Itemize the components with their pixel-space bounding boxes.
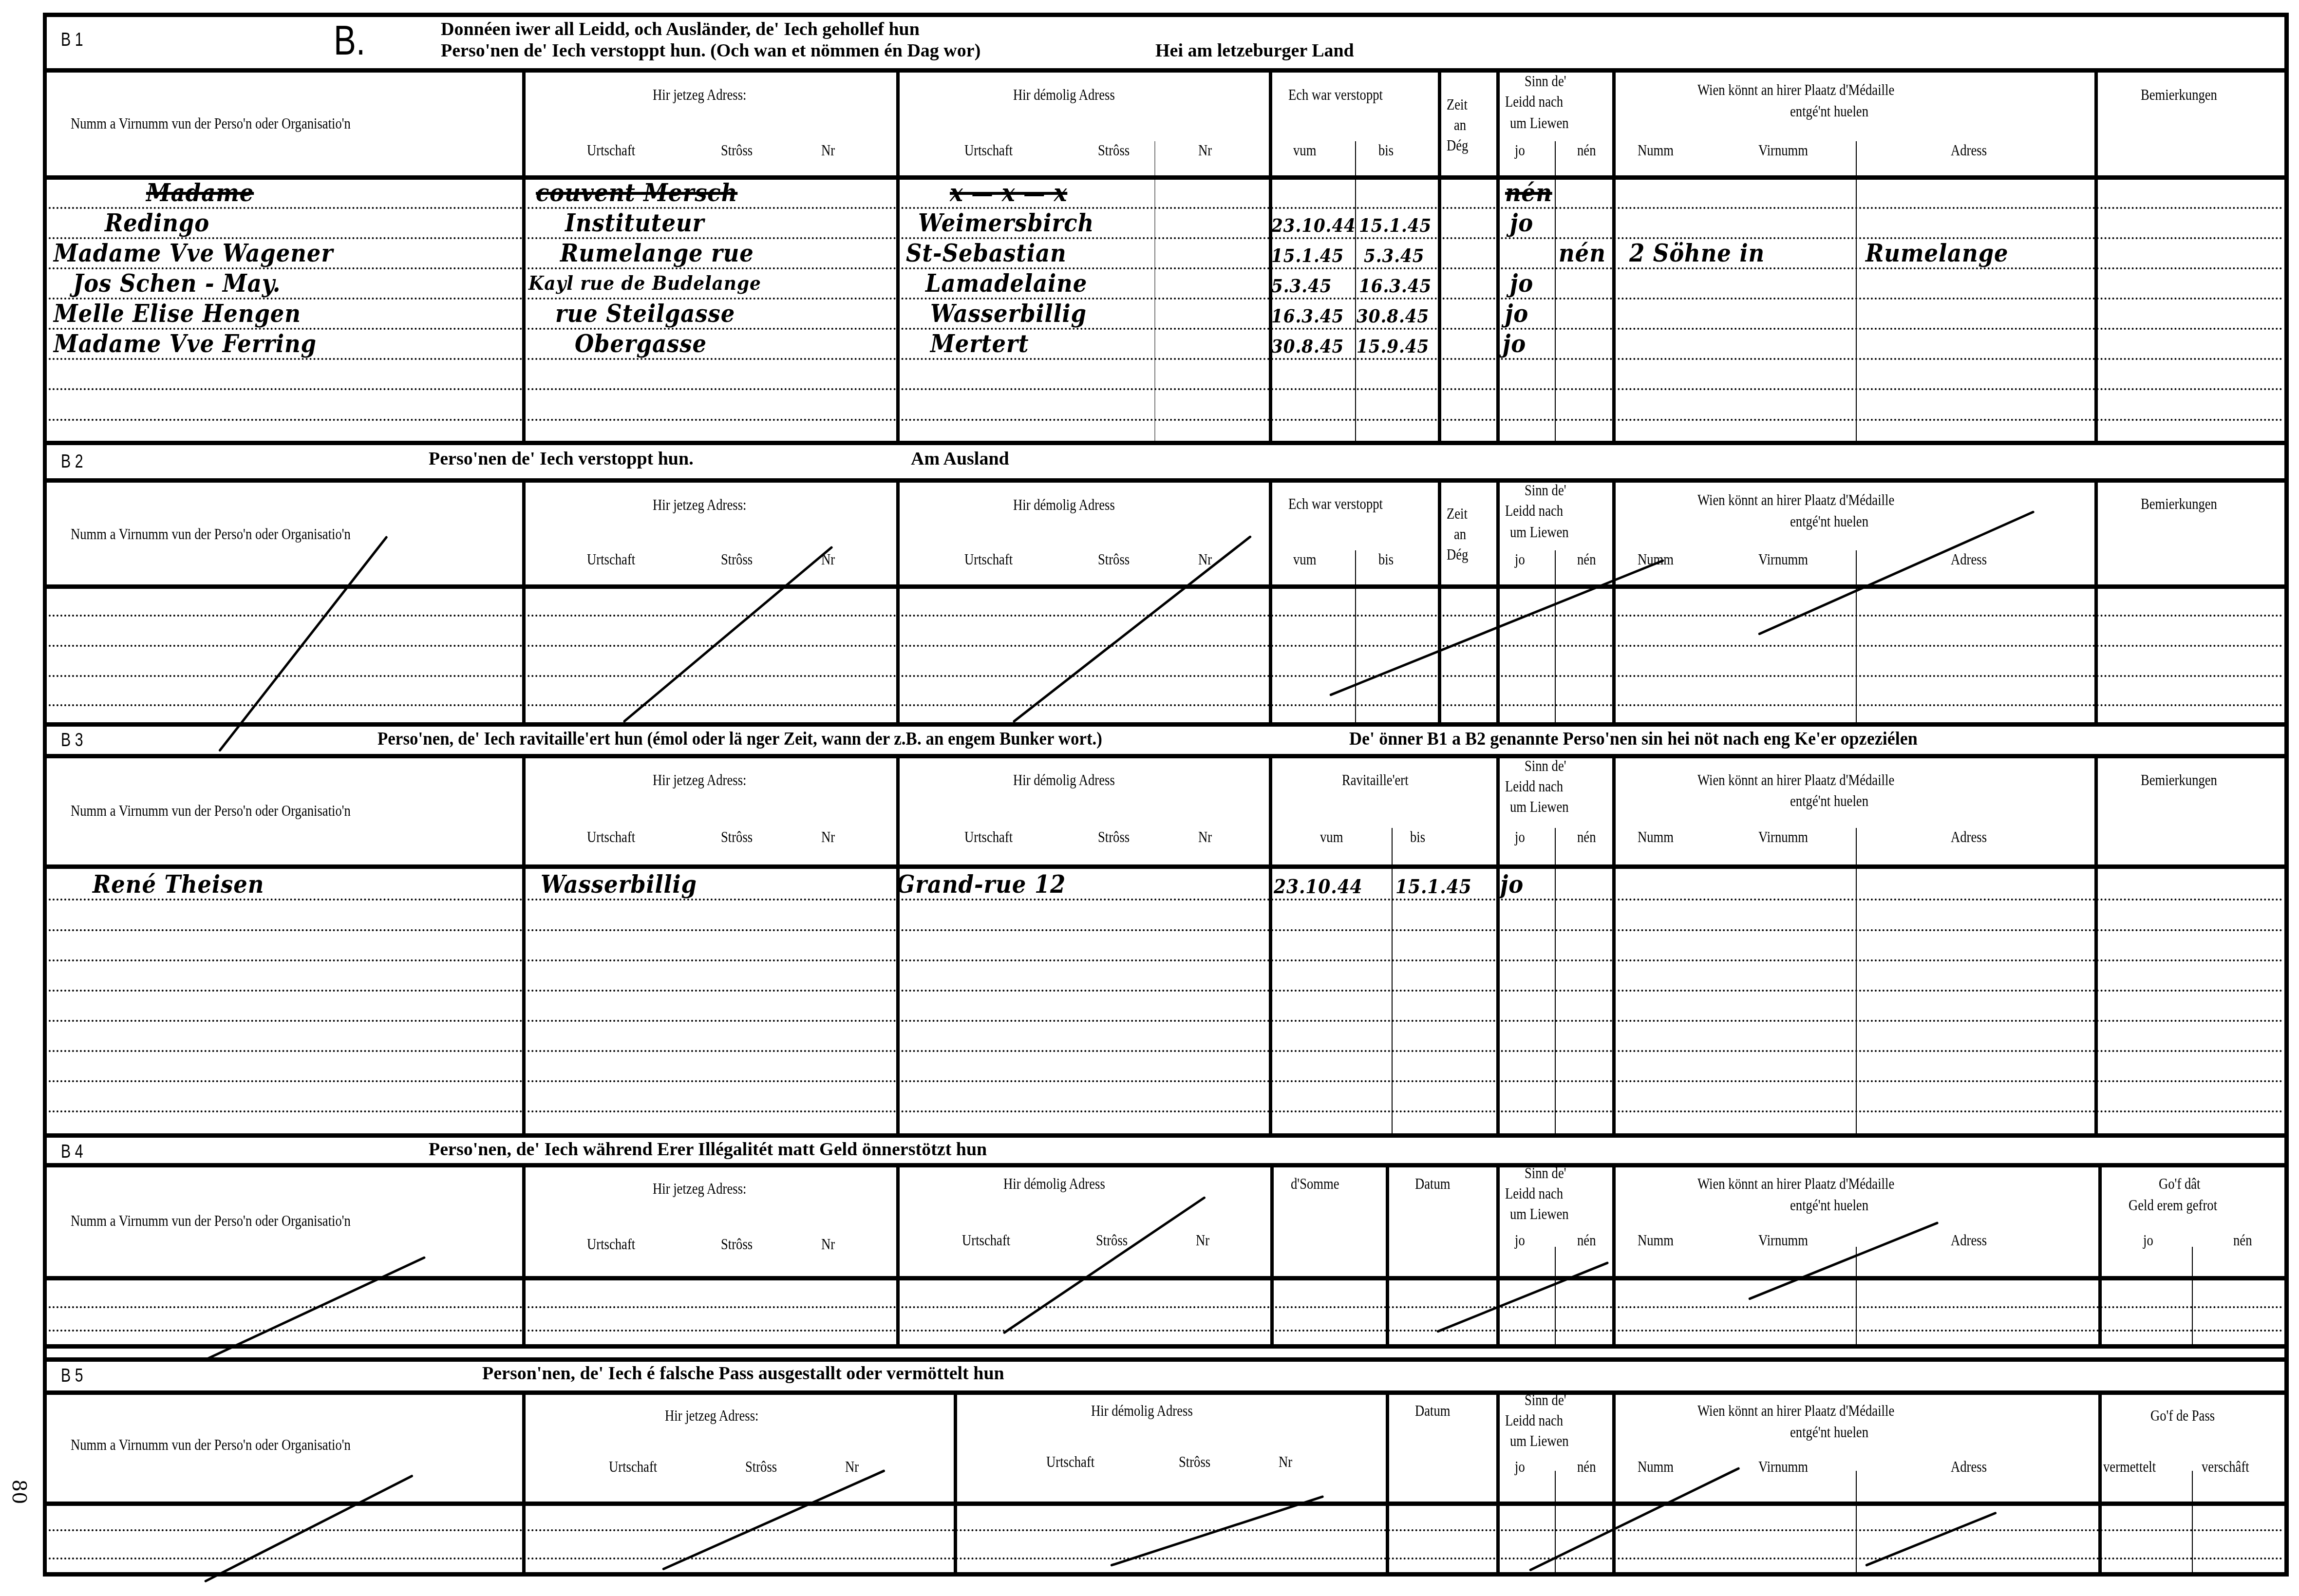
header-sinn-3: um Liewen bbox=[1510, 524, 1569, 541]
col-sep-dashed bbox=[1154, 141, 1155, 441]
col-sep bbox=[2098, 1167, 2102, 1344]
entry-vum: 16.3.45 bbox=[1271, 303, 1344, 329]
col-sep bbox=[2094, 758, 2098, 1135]
header-sinn-3: um Liewen bbox=[1510, 799, 1569, 815]
header-former-address: Hir démolig Adress bbox=[1003, 1176, 1105, 1192]
header-name: Numm a Virnumm vun der Perso'n oder Orga… bbox=[71, 1437, 351, 1453]
entry-current-address: couvent Mersch bbox=[536, 180, 737, 206]
row-line bbox=[49, 1110, 2284, 1112]
header-jo: jo bbox=[1515, 829, 1525, 845]
header-vum: vum bbox=[1293, 142, 1316, 159]
cancel-stroke bbox=[204, 1474, 414, 1582]
header-nr: Nr bbox=[845, 1459, 859, 1475]
header-virnumm: Virnumm bbox=[1758, 551, 1808, 568]
header-stross: Strôss bbox=[721, 1236, 753, 1253]
col-sep bbox=[1386, 1394, 1389, 1572]
row-line bbox=[49, 1558, 2284, 1559]
header-sinn-2: Leidd nach bbox=[1505, 1412, 1563, 1429]
row-line bbox=[49, 328, 2284, 330]
col-sep bbox=[522, 1167, 526, 1344]
entry-bis: 15.9.45 bbox=[1357, 334, 1429, 359]
section-title-location: Am Ausland bbox=[911, 449, 1009, 469]
col-sep bbox=[1612, 72, 1616, 441]
header-former-address: Hir démolig Adress bbox=[1013, 87, 1115, 103]
col-sep-thin bbox=[1392, 828, 1393, 1135]
header-numm: Numm bbox=[1638, 1232, 1674, 1249]
col-sep bbox=[1612, 758, 1616, 1135]
header-days-2: an bbox=[1454, 526, 1466, 543]
header-adress: Adress bbox=[1951, 551, 1987, 568]
header-sinn-2: Leidd nach bbox=[1505, 1185, 1563, 1202]
col-sep bbox=[1269, 482, 1272, 723]
entry-vum: 23.10.44 bbox=[1274, 874, 1363, 900]
row-line bbox=[49, 615, 2284, 617]
entry-former-address: St-Sebastian bbox=[906, 241, 1067, 266]
header-sinn-3: um Liewen bbox=[1510, 115, 1569, 131]
header-nr: Nr bbox=[821, 1236, 835, 1253]
page-border-top bbox=[43, 13, 2289, 17]
entry-vum: 15.1.45 bbox=[1271, 243, 1344, 268]
header-urtschaft: Urtschaft bbox=[964, 829, 1013, 845]
header-medal-1: Wien könnt an hirer Plaatz d'Médaille bbox=[1697, 1176, 1894, 1192]
col-sep-thin bbox=[1856, 828, 1857, 1135]
row-line bbox=[49, 1080, 2284, 1082]
col-sep-thin bbox=[1856, 550, 1857, 723]
header-jo: jo bbox=[2143, 1232, 2153, 1249]
header-supplied: Ravitaille'ert bbox=[1342, 772, 1409, 789]
entry-current-address: Kayl rue de Budelange bbox=[528, 271, 761, 296]
header-current-address: Hir jetzeg Adress: bbox=[653, 497, 746, 513]
col-sep bbox=[522, 1394, 526, 1572]
header-vermettelt: vermettelt bbox=[2103, 1459, 2156, 1475]
header-nr: Nr bbox=[821, 829, 835, 845]
header-virnumm: Virnumm bbox=[1758, 1459, 1808, 1475]
header-former-address: Hir démolig Adress bbox=[1013, 497, 1115, 513]
entry-bis: 30.8.45 bbox=[1357, 303, 1429, 329]
header-medal-1: Wien könnt an hirer Plaatz d'Médaille bbox=[1697, 82, 1894, 98]
entry-current-address: Wasserbillig bbox=[541, 872, 697, 897]
section-title: Perso'nen, de' Iech während Erer Illégal… bbox=[429, 1140, 987, 1159]
header-sinn-2: Leidd nach bbox=[1505, 503, 1563, 519]
row-line bbox=[49, 298, 2284, 300]
cancel-stroke bbox=[1529, 1467, 1740, 1572]
header-stross: Strôss bbox=[1098, 829, 1130, 845]
header-date: Datum bbox=[1415, 1403, 1451, 1419]
header-jo: jo bbox=[1515, 142, 1525, 159]
header-bottom-rule bbox=[47, 175, 2284, 180]
header-bemierkungen: Bemierkungen bbox=[2141, 772, 2217, 789]
header-sinn-1: Sinn de' bbox=[1525, 758, 1566, 774]
header-stross: Strôss bbox=[1098, 142, 1130, 159]
header-name: Numm a Virnumm vun der Perso'n oder Orga… bbox=[71, 1213, 351, 1229]
header-bis: bis bbox=[1378, 142, 1394, 159]
header-numm: Numm bbox=[1638, 142, 1674, 159]
header-sinn-2: Leidd nach bbox=[1505, 94, 1563, 110]
header-nen: nén bbox=[1577, 1232, 1596, 1249]
row-line bbox=[49, 990, 2284, 992]
col-sep bbox=[1496, 482, 1500, 723]
cancel-stroke bbox=[218, 536, 388, 752]
entry-name: Redingo bbox=[105, 210, 209, 236]
header-returned-1: Go'f dât bbox=[2159, 1176, 2201, 1192]
page-border-left bbox=[43, 14, 47, 1575]
section-id: B 4 bbox=[61, 1142, 83, 1162]
header-nr: Nr bbox=[1198, 551, 1212, 568]
header-nen: nén bbox=[1577, 829, 1596, 845]
row-line bbox=[49, 267, 2284, 269]
col-sep bbox=[1496, 1167, 1500, 1344]
entry-name: René Theisen bbox=[93, 872, 264, 897]
page-border-bottom bbox=[43, 1572, 2289, 1577]
section-id: B 5 bbox=[61, 1366, 83, 1386]
header-nr: Nr bbox=[821, 142, 835, 159]
section-top-rule bbox=[47, 722, 2284, 727]
header-stross: Strôss bbox=[1096, 1232, 1128, 1249]
header-nen: nén bbox=[1577, 551, 1596, 568]
row-line bbox=[49, 704, 2284, 706]
col-sep bbox=[896, 1167, 900, 1344]
col-sep bbox=[896, 758, 900, 1135]
col-sep bbox=[2094, 482, 2098, 723]
col-sep bbox=[1438, 482, 1441, 723]
header-virnumm: Virnumm bbox=[1758, 829, 1808, 845]
header-days-1: Zeit bbox=[1447, 96, 1468, 113]
header-jo: jo bbox=[1515, 1459, 1525, 1475]
header-stross: Strôss bbox=[1098, 551, 1130, 568]
entry-nen: nén bbox=[1505, 180, 1552, 206]
header-days-3: Dég bbox=[1447, 546, 1468, 563]
entry-former-address: Grand-rue 12 bbox=[896, 872, 1066, 897]
col-sep-thin bbox=[1355, 550, 1356, 723]
row-line bbox=[49, 1020, 2284, 1022]
header-jo: jo bbox=[1515, 551, 1525, 568]
header-jo: jo bbox=[1515, 1232, 1525, 1249]
section-top-rule bbox=[47, 1133, 2284, 1138]
header-bottom-rule bbox=[47, 584, 2284, 589]
header-name: Numm a Virnumm vun der Perso'n oder Orga… bbox=[71, 526, 351, 543]
header-urtschaft: Urtschaft bbox=[587, 1236, 635, 1253]
row-line bbox=[49, 419, 2284, 421]
col-sep bbox=[954, 1394, 957, 1572]
cancel-stroke bbox=[1012, 535, 1252, 723]
col-sep bbox=[1496, 758, 1500, 1135]
header-urtschaft: Urtschaft bbox=[587, 829, 635, 845]
row-line bbox=[49, 929, 2284, 931]
section-id: B 2 bbox=[61, 452, 83, 471]
cancel-stroke bbox=[622, 546, 833, 723]
col-sep bbox=[522, 72, 526, 441]
row-line bbox=[49, 959, 2284, 961]
header-bemierkungen: Bemierkungen bbox=[2141, 87, 2217, 103]
header-date: Datum bbox=[1415, 1176, 1451, 1192]
header-nen: nén bbox=[1577, 1459, 1596, 1475]
header-bottom-rule bbox=[47, 864, 2284, 869]
header-name: Numm a Virnumm vun der Perso'n oder Orga… bbox=[71, 115, 351, 132]
header-urtschaft: Urtschaft bbox=[587, 551, 635, 568]
header-adress: Adress bbox=[1951, 1459, 1987, 1475]
header-medal-1: Wien könnt an hirer Plaatz d'Médaille bbox=[1697, 772, 1894, 789]
entry-name: Jos Schen - May. bbox=[73, 271, 281, 296]
header-bis: bis bbox=[1410, 829, 1425, 845]
entry-name: Madame bbox=[146, 180, 254, 206]
cancel-stroke bbox=[662, 1469, 886, 1571]
header-hidden: Ech war verstoppt bbox=[1288, 496, 1383, 512]
header-numm: Numm bbox=[1638, 551, 1674, 568]
header-top-rule bbox=[47, 1390, 2284, 1395]
col-sep bbox=[522, 482, 526, 723]
header-adress: Adress bbox=[1951, 829, 1987, 845]
header-sinn-2: Leidd nach bbox=[1505, 778, 1563, 795]
entry-medal-adress: Rumelange bbox=[1866, 241, 2009, 266]
col-sep bbox=[1612, 482, 1616, 723]
entry-name: Madame Vve Ferring bbox=[54, 331, 317, 357]
row-line bbox=[49, 388, 2284, 390]
header-numm: Numm bbox=[1638, 829, 1674, 845]
entry-former-address: Lamadelaine bbox=[925, 271, 1087, 296]
header-pass: Go'f de Pass bbox=[2150, 1408, 2215, 1424]
header-nr: Nr bbox=[1198, 142, 1212, 159]
margin-page-number: 80 bbox=[8, 1480, 30, 1504]
col-sep bbox=[1612, 1167, 1616, 1344]
header-virnumm: Virnumm bbox=[1758, 1232, 1808, 1249]
col-sep-thin bbox=[1555, 828, 1556, 1135]
header-medal-2: entgé'nt huelen bbox=[1790, 1197, 1868, 1214]
header-former-address: Hir démolig Adress bbox=[1091, 1403, 1193, 1419]
col-sep bbox=[2094, 72, 2098, 441]
entry-jo: jo bbox=[1510, 210, 1533, 236]
col-sep-thin bbox=[1856, 1471, 1857, 1572]
entry-vum: 23.10.44 bbox=[1271, 213, 1356, 238]
entry-jo: jo bbox=[1500, 872, 1524, 897]
entry-current-address: Obergasse bbox=[575, 331, 707, 357]
header-current-address: Hir jetzeg Adress: bbox=[665, 1408, 758, 1424]
header-urtschaft: Urtschaft bbox=[1046, 1454, 1094, 1470]
header-numm: Numm bbox=[1638, 1459, 1674, 1475]
entry-name: Madame Vve Wagener bbox=[54, 241, 333, 266]
header-medal-2: entgé'nt huelen bbox=[1790, 103, 1868, 120]
col-sep bbox=[1386, 1167, 1389, 1344]
cancel-stroke bbox=[1436, 1261, 1609, 1333]
header-verschaaft: verschâft bbox=[2202, 1459, 2249, 1475]
header-returned-2: Geld erem gefrot bbox=[2129, 1197, 2217, 1214]
header-top-rule bbox=[47, 478, 2284, 483]
col-sep bbox=[1496, 72, 1500, 441]
header-sinn-1: Sinn de' bbox=[1525, 73, 1566, 90]
header-stross: Strôss bbox=[721, 142, 753, 159]
row-line bbox=[49, 675, 2284, 677]
header-sinn-3: um Liewen bbox=[1510, 1206, 1569, 1222]
col-sep bbox=[896, 72, 900, 441]
header-former-address: Hir démolig Adress bbox=[1013, 772, 1115, 789]
header-name: Numm a Virnumm vun der Perso'n oder Orga… bbox=[71, 803, 351, 819]
col-sep-thin bbox=[1555, 141, 1556, 441]
header-bis: bis bbox=[1378, 551, 1394, 568]
section-top-rule bbox=[47, 1357, 2284, 1362]
entry-jo: jo bbox=[1503, 331, 1526, 357]
header-hidden: Ech war verstoppt bbox=[1288, 87, 1383, 103]
col-sep bbox=[896, 482, 900, 723]
header-medal-1: Wien könnt an hirer Plaatz d'Médaille bbox=[1697, 1403, 1894, 1419]
entry-medal-name: 2 Söhne in bbox=[1629, 241, 1765, 266]
header-stross: Strôss bbox=[745, 1459, 777, 1475]
header-bemierkungen: Bemierkungen bbox=[2141, 496, 2217, 512]
section-title: Perso'nen de' Iech verstoppt hun. bbox=[429, 449, 694, 469]
page-border-right bbox=[2284, 14, 2289, 1575]
col-sep bbox=[1270, 1167, 1274, 1344]
header-nr: Nr bbox=[1279, 1454, 1292, 1470]
entry-bis: 15.1.45 bbox=[1359, 213, 1432, 238]
entry-bis: 15.1.45 bbox=[1395, 874, 1472, 900]
header-top-rule bbox=[47, 68, 2284, 73]
cancel-stroke bbox=[1003, 1196, 1206, 1334]
row-line bbox=[49, 1050, 2284, 1052]
section-bottom-rule bbox=[47, 1344, 2284, 1349]
col-sep-thin bbox=[1555, 550, 1556, 723]
col-sep bbox=[2098, 1394, 2102, 1572]
section-id: B 3 bbox=[61, 731, 83, 750]
section-title: Perso'nen, de' Iech ravitaille'ert hun (… bbox=[377, 729, 1102, 749]
entry-former-address: Wasserbillig bbox=[930, 301, 1087, 326]
col-sep-thin bbox=[2192, 1471, 2193, 1572]
section-id: B 1 bbox=[61, 30, 83, 50]
col-sep-thin bbox=[1355, 141, 1356, 441]
entry-current-address: Rumelange rue bbox=[560, 241, 754, 266]
section-title-line1: Donnéen iwer all Leidd, och Ausländer, d… bbox=[441, 19, 920, 39]
header-stross: Strôss bbox=[721, 551, 753, 568]
header-current-address: Hir jetzeg Adress: bbox=[653, 1181, 746, 1197]
header-sinn-1: Sinn de' bbox=[1525, 1165, 1566, 1182]
header-top-rule bbox=[47, 1163, 2284, 1167]
row-line bbox=[49, 899, 2284, 901]
entry-vum: 30.8.45 bbox=[1271, 334, 1344, 359]
col-sep bbox=[1496, 1394, 1500, 1572]
section-title-note: De' önner B1 a B2 genannte Perso'nen sin… bbox=[1349, 729, 1918, 749]
header-nr: Nr bbox=[1196, 1232, 1209, 1249]
entry-vum: 5.3.45 bbox=[1271, 273, 1332, 299]
entry-current-address: Instituteur bbox=[565, 210, 704, 236]
header-days-3: Dég bbox=[1447, 137, 1468, 154]
entry-bis: 5.3.45 bbox=[1364, 243, 1424, 268]
header-top-rule bbox=[47, 754, 2284, 758]
entry-former-address: Weimersbirch bbox=[918, 210, 1094, 236]
header-stross: Strôss bbox=[1179, 1454, 1210, 1470]
header-medal-2: entgé'nt huelen bbox=[1790, 1424, 1868, 1441]
col-sep bbox=[1269, 758, 1272, 1135]
header-sinn-3: um Liewen bbox=[1510, 1433, 1569, 1449]
header-medal-2: entgé'nt huelen bbox=[1790, 793, 1868, 809]
header-vum: vum bbox=[1293, 551, 1316, 568]
header-bottom-rule bbox=[47, 1502, 2284, 1506]
header-days-2: an bbox=[1454, 117, 1466, 133]
section-title-line2: Perso'nen de' Iech verstoppt hun. (Och w… bbox=[441, 41, 980, 60]
header-vum: vum bbox=[1320, 829, 1343, 845]
form-letter: B. bbox=[334, 19, 365, 61]
section-title: Person'nen, de' Iech é falsche Pass ausg… bbox=[482, 1364, 1004, 1383]
header-days-1: Zeit bbox=[1447, 506, 1468, 522]
header-adress: Adress bbox=[1951, 1232, 1987, 1249]
header-sum: d'Somme bbox=[1291, 1176, 1339, 1192]
row-line bbox=[49, 358, 2284, 360]
header-urtschaft: Urtschaft bbox=[962, 1232, 1010, 1249]
entry-name: Melle Elise Hengen bbox=[54, 301, 301, 326]
row-line bbox=[49, 207, 2284, 209]
row-line bbox=[49, 1330, 2284, 1332]
entry-former-address: x — x — x bbox=[950, 180, 1067, 206]
header-urtschaft: Urtschaft bbox=[587, 142, 635, 159]
header-urtschaft: Urtschaft bbox=[964, 142, 1013, 159]
header-current-address: Hir jetzeg Adress: bbox=[653, 772, 746, 789]
header-urtschaft: Urtschaft bbox=[609, 1459, 657, 1475]
col-sep-thin bbox=[1856, 141, 1857, 441]
entry-current-address: rue Steilgasse bbox=[555, 301, 735, 326]
header-nen: nén bbox=[2233, 1232, 2252, 1249]
header-sinn-1: Sinn de' bbox=[1525, 1392, 1566, 1408]
row-line bbox=[49, 1306, 2284, 1308]
header-medal-1: Wien könnt an hirer Plaatz d'Médaille bbox=[1697, 492, 1894, 508]
entry-bis: 16.3.45 bbox=[1359, 273, 1432, 299]
col-sep bbox=[522, 758, 526, 1135]
section-top-rule bbox=[47, 441, 2284, 445]
header-current-address: Hir jetzeg Adress: bbox=[653, 87, 746, 103]
header-virnumm: Virnumm bbox=[1758, 142, 1808, 159]
row-line bbox=[49, 645, 2284, 647]
header-adress: Adress bbox=[1951, 142, 1987, 159]
entry-nen: nén bbox=[1559, 241, 1606, 266]
section-title-location: Hei am letzeburger Land bbox=[1155, 41, 1354, 60]
header-sinn-1: Sinn de' bbox=[1525, 482, 1566, 499]
col-sep bbox=[1612, 1394, 1616, 1572]
header-stross: Strôss bbox=[721, 829, 753, 845]
header-urtschaft: Urtschaft bbox=[964, 551, 1013, 568]
entry-jo: jo bbox=[1505, 301, 1528, 326]
header-medal-2: entgé'nt huelen bbox=[1790, 513, 1868, 530]
header-nr: Nr bbox=[1198, 829, 1212, 845]
col-sep bbox=[1438, 72, 1441, 441]
entry-jo: jo bbox=[1510, 271, 1533, 296]
entry-former-address: Mertert bbox=[930, 331, 1029, 357]
header-nen: nén bbox=[1577, 142, 1596, 159]
